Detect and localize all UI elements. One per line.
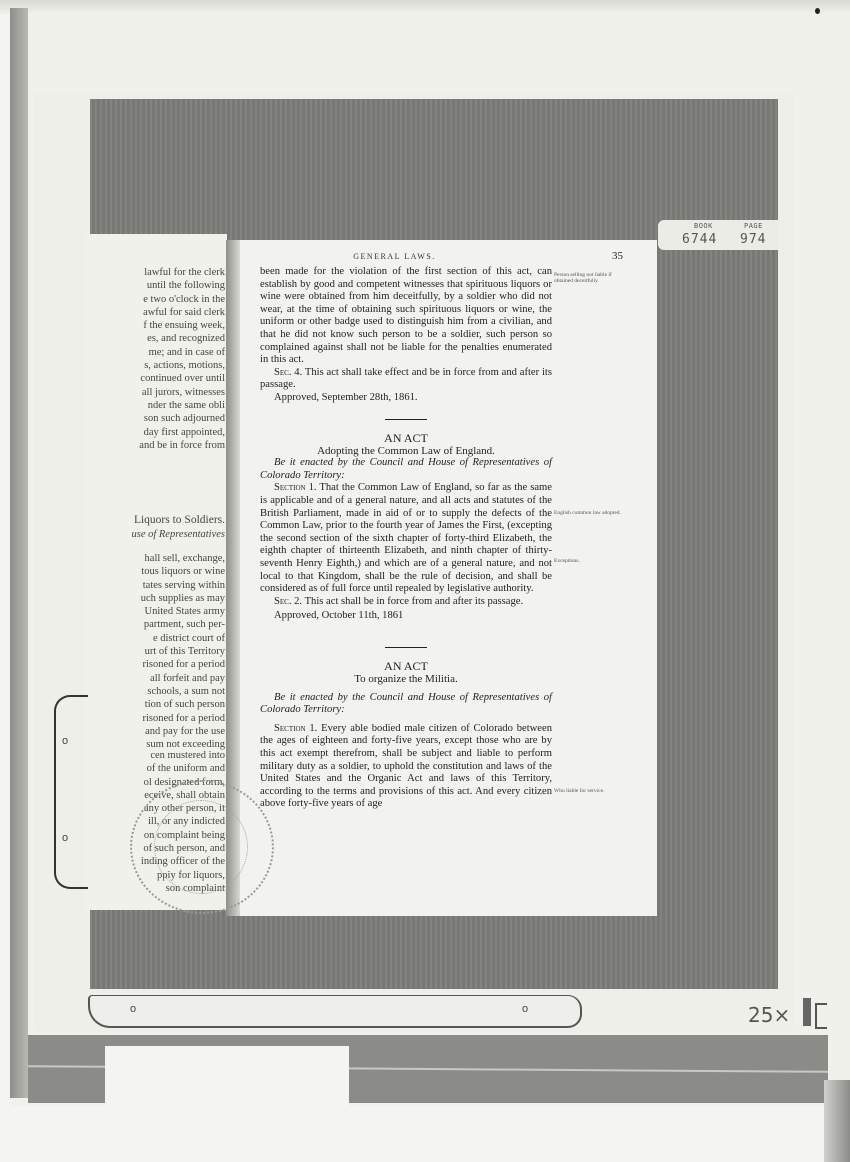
left-page-line: e district court of — [141, 632, 225, 645]
book-label: BOOK — [694, 222, 713, 230]
left-page-line: schools, a sum not — [141, 685, 225, 698]
left-page-line: es, and recognized — [139, 332, 225, 345]
film-edge-bracket — [815, 1003, 827, 1029]
hole-icon: o — [62, 735, 68, 747]
left-page-line: and pay for the use — [141, 725, 225, 738]
page-number: 974 — [740, 232, 766, 247]
left-page-line: continued over until — [139, 372, 225, 385]
left-page-line: uch supplies as may — [141, 592, 225, 605]
main-text-column: been made for the violation of the first… — [260, 266, 552, 811]
margin-note-1: Person selling not liable if obtained de… — [554, 272, 626, 284]
left-page-line: risoned for a period — [141, 712, 225, 725]
left-top-block: lawful for the clerkuntil the followinge… — [139, 266, 225, 452]
sheet-left-edge — [10, 8, 28, 1098]
section-divider — [385, 419, 427, 421]
sec-4-label: Sec. 4. — [274, 367, 302, 378]
act-2-sec-2-text: This act shall be in force from and afte… — [305, 596, 524, 607]
left-middle-block: hall sell, exchange,tous liquors or wine… — [141, 552, 225, 751]
sec-4-text: This act shall take effect and be in for… — [260, 367, 552, 391]
left-page-line: s, actions, motions, — [139, 359, 225, 372]
hole-icon: o — [130, 1003, 136, 1015]
act-2-sec-2-label: Sec. 2. — [274, 596, 302, 607]
running-head: GENERAL LAWS. — [232, 252, 557, 261]
book-page-tag: BOOK PAGE 6744 974 — [658, 220, 778, 250]
act-3-subtitle: To organize the Militia. — [260, 673, 552, 686]
left-page-line: tates serving within — [141, 579, 225, 592]
left-page-line: risoned for a period — [141, 658, 225, 671]
left-page-line: all jurors, witnesses — [139, 386, 225, 399]
page-curl-shadow — [0, 0, 850, 14]
margin-note-3: Exceptions. — [554, 558, 626, 564]
act-2-enacting-clause: Be it enacted by the Council and House o… — [260, 457, 552, 482]
bottom-blank-label — [105, 1046, 349, 1106]
act-2-sec-1-label: Section 1. — [274, 482, 317, 493]
approved-1: Approved, September 28th, 1861. — [260, 392, 552, 405]
act-2-approved: Approved, October 11th, 1861 — [260, 610, 552, 623]
left-page-line: day first appointed, — [139, 426, 225, 439]
act-3-sec-1-label: Section 1. — [274, 723, 317, 734]
margin-note-4: Who liable for service. — [554, 788, 626, 794]
act-2-sec-1-text: That the Common Law of England, so far a… — [260, 482, 552, 594]
right-edge-shadow — [824, 1080, 850, 1162]
film-strip-bar: o o — [88, 995, 582, 1028]
act-3-section-1: Section 1. Every able bodied male citize… — [260, 723, 552, 811]
page-number-label: 35 — [612, 250, 623, 262]
left-heading: Liquors to Soldiers. — [134, 514, 225, 527]
seal-stamp-icon — [130, 780, 274, 914]
section-divider — [385, 647, 427, 649]
act-3-enacting-clause: Be it enacted by the Council and House o… — [260, 692, 552, 717]
left-heading-italic: use of Representatives — [131, 528, 225, 541]
hole-icon: o — [62, 832, 68, 844]
film-edge-mark — [803, 998, 811, 1026]
margin-note-2: English common law adopted. — [554, 510, 626, 516]
left-page-line: cen mustered into — [141, 749, 225, 762]
left-page-line: urt of this Territory — [141, 645, 225, 658]
left-page-line: until the following — [139, 279, 225, 292]
left-page-line: son such adjourned — [139, 412, 225, 425]
left-page-line: of the uniform and — [141, 762, 225, 775]
left-page-line: f the ensuing week, — [139, 319, 225, 332]
main-document-page: GENERAL LAWS. 35 Person selling not liab… — [232, 240, 657, 916]
left-page-line: nder the same obli — [139, 399, 225, 412]
left-page-line: e two o'clock in the — [139, 293, 225, 306]
page-label: PAGE — [744, 222, 763, 230]
act-2-title: AN ACT — [260, 432, 552, 445]
paragraph-continuation: been made for the violation of the first… — [260, 266, 552, 367]
left-page-line: tous liquors or wine — [141, 565, 225, 578]
left-page-line: tion of such person — [141, 698, 225, 711]
left-page-line: partment, such per- — [141, 618, 225, 631]
left-page-line: me; and in case of — [139, 346, 225, 359]
act-2-section-2: Sec. 2. This act shall be in force from … — [260, 596, 552, 609]
left-page-line: hall sell, exchange, — [141, 552, 225, 565]
act-2-subtitle: Adopting the Common Law of England. — [260, 445, 552, 458]
left-page-line: awful for said clerk — [139, 306, 225, 319]
speck-mark — [815, 8, 820, 14]
left-page-line: all forfeit and pay — [141, 672, 225, 685]
left-page-line: United States army — [141, 605, 225, 618]
left-page-line: lawful for the clerk — [139, 266, 225, 279]
act-2-section-1: Section 1. That the Common Law of Englan… — [260, 482, 552, 595]
left-page-line: and be in force from — [139, 439, 225, 452]
act-3-sec-1-text: Every able bodied male citizen of Colora… — [260, 723, 552, 810]
act-3-title: AN ACT — [260, 660, 552, 673]
hole-icon: o — [522, 1003, 528, 1015]
book-number: 6744 — [682, 232, 717, 247]
film-side-guide — [54, 695, 88, 889]
reduction-ratio: 25× — [748, 1003, 790, 1027]
section-4: Sec. 4. This act shall take effect and b… — [260, 367, 552, 392]
